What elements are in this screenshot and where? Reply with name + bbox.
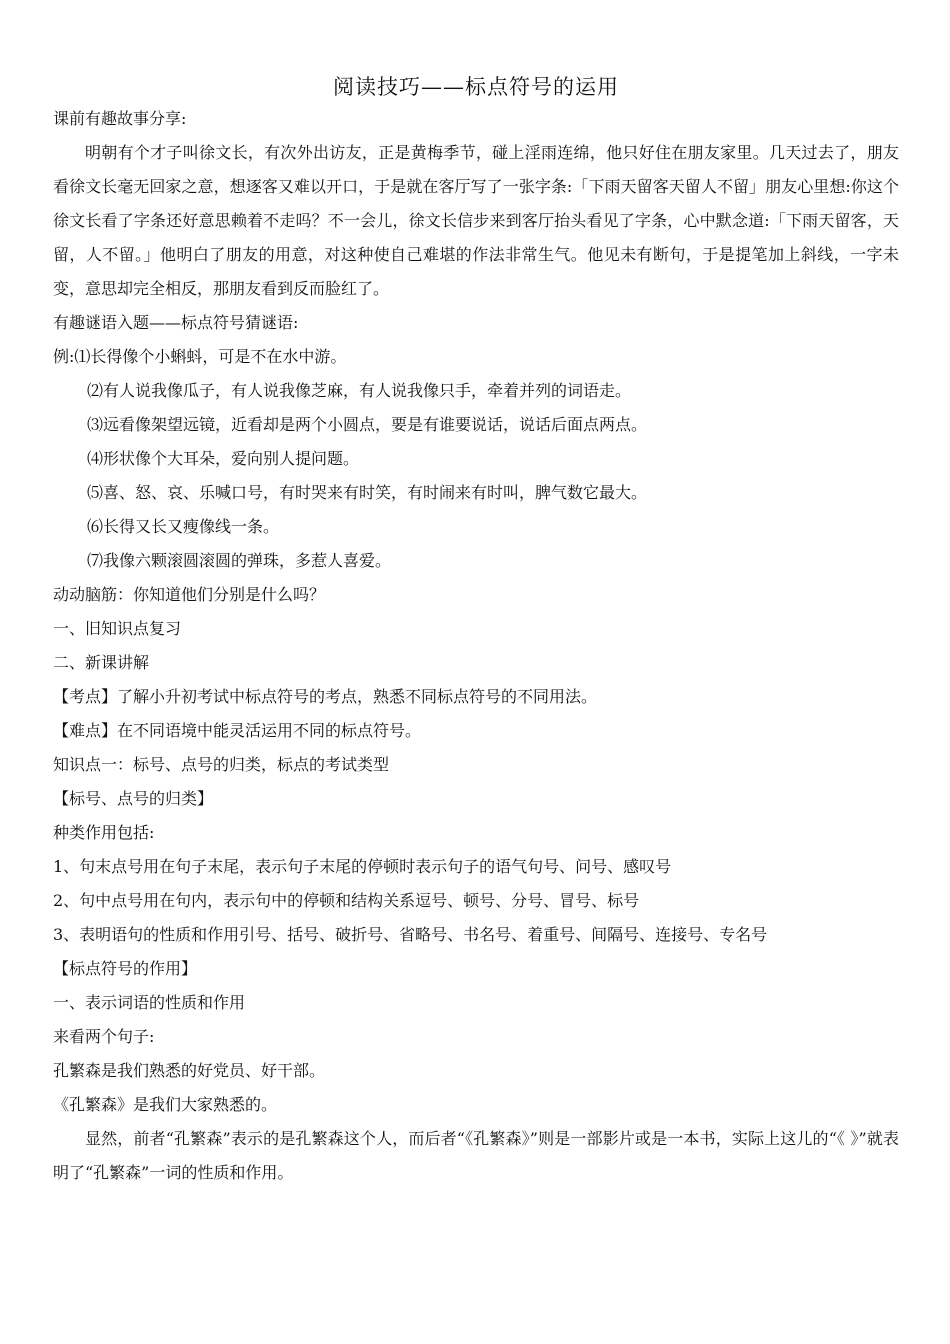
type-item-1: 1、句末点号用在句子末尾，表示句子末尾的停顿时表示句子的语气句号、问号、感叹号 bbox=[53, 850, 899, 884]
difficulty-point: 【难点】在不同语境中能灵活运用不同的标点符号。 bbox=[53, 714, 899, 748]
key-point: 【考点】了解小升初考试中标点符号的考点，熟悉不同标点符号的不同用法。 bbox=[53, 680, 899, 714]
riddle-item-7: ⑺我像六颗滚圆滚圆的弹珠，多惹人喜爱。 bbox=[53, 544, 899, 578]
document-page: 阅读技巧——标点符号的运用 课前有趣故事分享: 明朝有个才子叫徐文长，有次外出访… bbox=[53, 72, 899, 1190]
riddle-item-2: ⑵有人说我像瓜子，有人说我像芝麻，有人说我像只手，牵着并列的词语走。 bbox=[53, 374, 899, 408]
example-sentence-2: 《孔繁森》是我们大家熟悉的。 bbox=[53, 1088, 899, 1122]
knowledge-point-one: 知识点一：标号、点号的归类，标点的考试类型 bbox=[53, 748, 899, 782]
riddle-question: 动动脑筋：你知道他们分别是什么吗？ bbox=[53, 578, 899, 612]
story-heading: 课前有趣故事分享: bbox=[53, 102, 899, 136]
riddle-item-5: ⑸喜、怒、哀、乐喊口号，有时哭来有时笑，有时闹来有时叫，脾气数它最大。 bbox=[53, 476, 899, 510]
types-intro: 种类作用包括: bbox=[53, 816, 899, 850]
section-new-lesson: 二、新课讲解 bbox=[53, 646, 899, 680]
example-sentence-1: 孔繁森是我们熟悉的好党员、好干部。 bbox=[53, 1054, 899, 1088]
riddle-text: ⑴长得像个小蝌蚪，可是不在水中游。 bbox=[74, 347, 346, 366]
section-review: 一、旧知识点复习 bbox=[53, 612, 899, 646]
riddle-item-4: ⑷形状像个大耳朵，爱向别人提问题。 bbox=[53, 442, 899, 476]
riddle-item-1: 例:⑴长得像个小蝌蚪，可是不在水中游。 bbox=[53, 340, 899, 374]
riddle-prefix: 例: bbox=[53, 347, 74, 366]
riddle-item-6: ⑹长得又长又瘦像线一条。 bbox=[53, 510, 899, 544]
explanation-paragraph: 显然，前者“孔繁森”表示的是孔繁森这个人，而后者“《孔繁森》”则是一部影片或是一… bbox=[53, 1122, 899, 1190]
type-item-3: 3、表明语句的性质和作用引号、括号、破折号、省略号、书名号、着重号、间隔号、连接… bbox=[53, 918, 899, 952]
riddle-item-3: ⑶远看像架望远镜，近看却是两个小圆点，要是有谁要说话，说话后面点两点。 bbox=[53, 408, 899, 442]
riddles-heading: 有趣谜语入题——标点符号猜谜语: bbox=[53, 306, 899, 340]
function-heading: 【标点符号的作用】 bbox=[53, 952, 899, 986]
type-item-2: 2、句中点号用在句内，表示句中的停顿和结构关系逗号、顿号、分号、冒号、标号 bbox=[53, 884, 899, 918]
example-intro: 来看两个句子: bbox=[53, 1020, 899, 1054]
classification-heading: 【标号、点号的归类】 bbox=[53, 782, 899, 816]
story-paragraph: 明朝有个才子叫徐文长，有次外出访友，正是黄梅季节，碰上淫雨连绵，他只好住在朋友家… bbox=[53, 136, 899, 306]
function-one: 一、表示词语的性质和作用 bbox=[53, 986, 899, 1020]
document-title: 阅读技巧——标点符号的运用 bbox=[53, 72, 899, 102]
